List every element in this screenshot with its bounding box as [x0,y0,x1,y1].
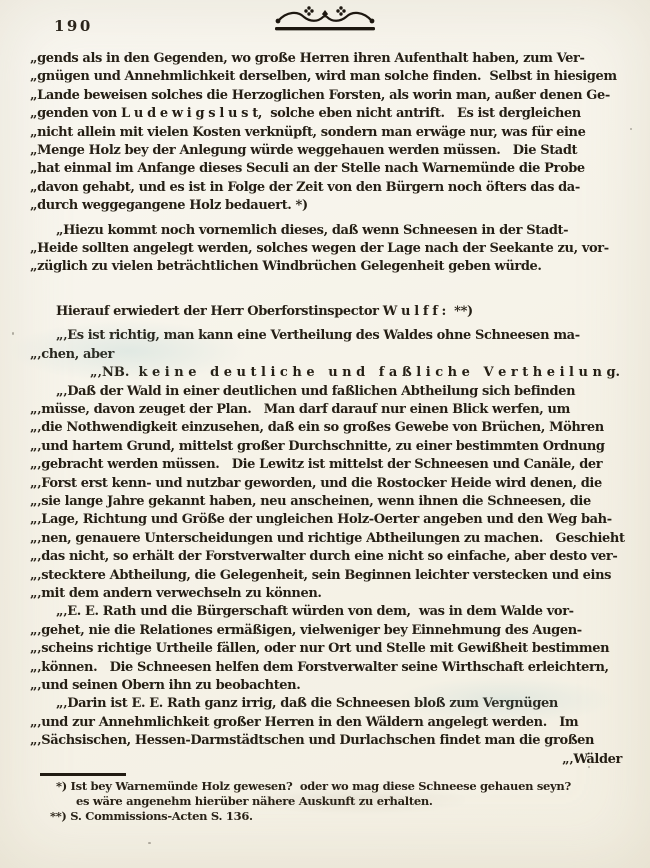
text-line: „‚Es ist richtig, man kann eine Vertheil… [30,327,636,345]
text-line: „Menge Holz bey der Anlegung würde wegge… [30,142,636,160]
text-line: es wäre angenehm hierüber nähere Auskunf… [30,794,636,809]
text-line: „gnügen und Annehmlichkeit derselben, wi… [30,68,636,86]
page-body: „gends als in den Gegenden, wo große Her… [30,50,636,824]
text-line: „‚mit dem andern verwechseln zu können. [30,585,636,603]
reply-intro-paragraph: „‚Es ist richtig, man kann eine Vertheil… [30,327,636,364]
text-line: „‚Lage, Richtung und Größe der ungleiche… [30,511,636,529]
text-line: **) S. Commissions-Acten S. 136. [30,809,636,824]
text-line: „genden von L u d e w i g s l u s t, sol… [30,105,636,123]
text-line: „Heide sollten angelegt werden, solches … [30,240,636,258]
text-line: „‚nen, genauere Unterscheidungen und ric… [30,530,636,548]
text-line: „durch weggegangene Holz bedauert. *) [30,197,636,215]
text-line: „‚chen, aber [30,346,636,364]
text-line: „nicht allein mit vielen Kosten verknüpf… [30,124,636,142]
text-line: „hat einmal im Anfange dieses Seculi an … [30,160,636,178]
text-line: *) Ist bey Warnemünde Holz gewesen? oder… [30,779,636,794]
reply-main-paragraph: „‚Daß der Wald in einer deutlichen und f… [30,383,636,604]
text-line: „‚und seinen Obern ihn zu beobachten. [30,677,636,695]
text-line: „‚Forst erst kenn- und nutzbar geworden,… [30,475,636,493]
text-line: „‚stecktere Abtheilung, die Gelegenheit,… [30,567,636,585]
text-line: „‚scheins richtige Urtheile fällen, oder… [30,640,636,658]
text-line: „‚können. Die Schneesen helfen dem Forst… [30,659,636,677]
scan-speckle [12,332,14,335]
text-line: „‚E. E. Rath und die Bürgerschaft würden… [30,603,636,621]
footnote-separator-rule [40,773,126,776]
text-line: „‚müsse, davon zeuget der Plan. Man darf… [30,401,636,419]
text-line: „‚Sächsischen, Hessen-Darmstädtschen und… [30,732,636,750]
text-line: „‚Darin ist E. E. Rath ganz irrig, daß d… [30,695,636,713]
footnotes-block: *) Ist bey Warnemünde Holz gewesen? oder… [30,779,636,825]
reply-final-paragraph: „‚Darin ist E. E. Rath ganz irrig, daß d… [30,695,636,750]
text-line: „‚das nicht, so erhält der Forstverwalte… [30,548,636,566]
text-line: „Hiezu kommt noch vornemlich dieses, daß… [30,222,636,240]
reply-council-paragraph: „‚E. E. Rath und die Bürgerschaft würden… [30,603,636,695]
text-line: „‚Daß der Wald in einer deutlichen und f… [30,383,636,401]
text-line: „‚und zur Annehmlichkeit großer Herren i… [30,714,636,732]
scan-speckle [148,842,151,844]
text-line: „züglich zu vielen beträchtlichen Windbr… [30,258,636,276]
quoted-paragraph-first: „gends als in den Gegenden, wo große Her… [30,50,636,216]
catchword: „‚Wälder [30,751,636,769]
header-ornament-icon [0,3,650,35]
text-line: „‚sie lange Jahre gekannt haben, neu ans… [30,493,636,511]
nb-emphasis-line: „‚NB. k e i n e d e u t l i c h e u n d … [30,364,636,382]
text-line: „davon gehabt, und es ist in Folge der Z… [30,179,636,197]
text-line: „‚die Nothwendigkeit einzusehen, daß ein… [30,419,636,437]
text-line: „gends als in den Gegenden, wo große Her… [30,50,636,68]
scanned-book-page: 190 „gends als in den Gegenden, wo große… [0,0,650,868]
text-line: „‚gebracht werden müssen. Die Lewitz ist… [30,456,636,474]
text-line: „‚gehet, nie die Relationes ermäßigen, v… [30,622,636,640]
quoted-paragraph-second: „Hiezu kommt noch vornemlich dieses, daß… [30,222,636,277]
speaker-introduction-line: Hierauf erwiedert der Herr Oberforstinsp… [30,303,636,321]
text-line: „Lande beweisen solches die Herzoglichen… [30,87,636,105]
text-line: „‚und hartem Grund, mittelst großer Durc… [30,438,636,456]
